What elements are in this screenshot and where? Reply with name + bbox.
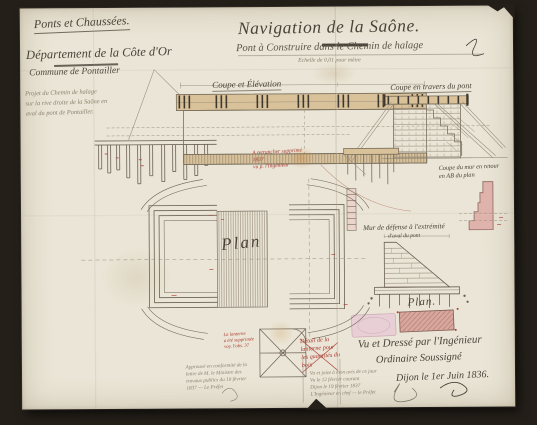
red-note-detail: Détail de la lanterne pour les quantités…: [300, 335, 341, 370]
revenue-stamp: [351, 313, 396, 337]
scanned-plan-photograph: Ponts et Chaussées. Département de la Cô…: [0, 0, 537, 425]
bridge-plan-drawing: [81, 178, 370, 343]
defense-wall-plan-bar: [397, 308, 459, 332]
label-main-plan: Plan: [220, 231, 262, 254]
label-return-wall: Coupe du mur en retour en AB du plan: [438, 163, 499, 181]
red-note-small: La lanterne a été supprimée voy. l'obs. …: [223, 331, 254, 351]
plan-sheet: Ponts et Chaussées. Département de la Cô…: [20, 5, 515, 409]
project-note: Projet du Chemin de halage sur la rive d…: [25, 87, 108, 120]
approval-note-center: Vu et joint à mon avis de ce jour Vu le …: [310, 368, 378, 398]
sheet-title: Navigation de la Saône.: [238, 15, 420, 38]
scale-note: Echelle de 0,01 pour mètre: [298, 57, 361, 64]
label-cross-section: Coupe en travers du pont: [390, 81, 472, 94]
red-note-elevation: A retrancher supprimé 1837 vu p. l'Ingén…: [252, 147, 303, 171]
label-elevation: Coupe et Élévation: [212, 78, 281, 92]
return-wall-profile-drawing: [459, 182, 508, 230]
approval-note-left: Approuvé en conformité de la lettre de M…: [185, 362, 248, 392]
label-defense-plan: Plan.: [407, 295, 436, 309]
sheet-pile-ladder-detail: [347, 188, 356, 230]
label-defense-wall: Mur de défense à l'extrémité d'aval du p…: [363, 222, 445, 242]
